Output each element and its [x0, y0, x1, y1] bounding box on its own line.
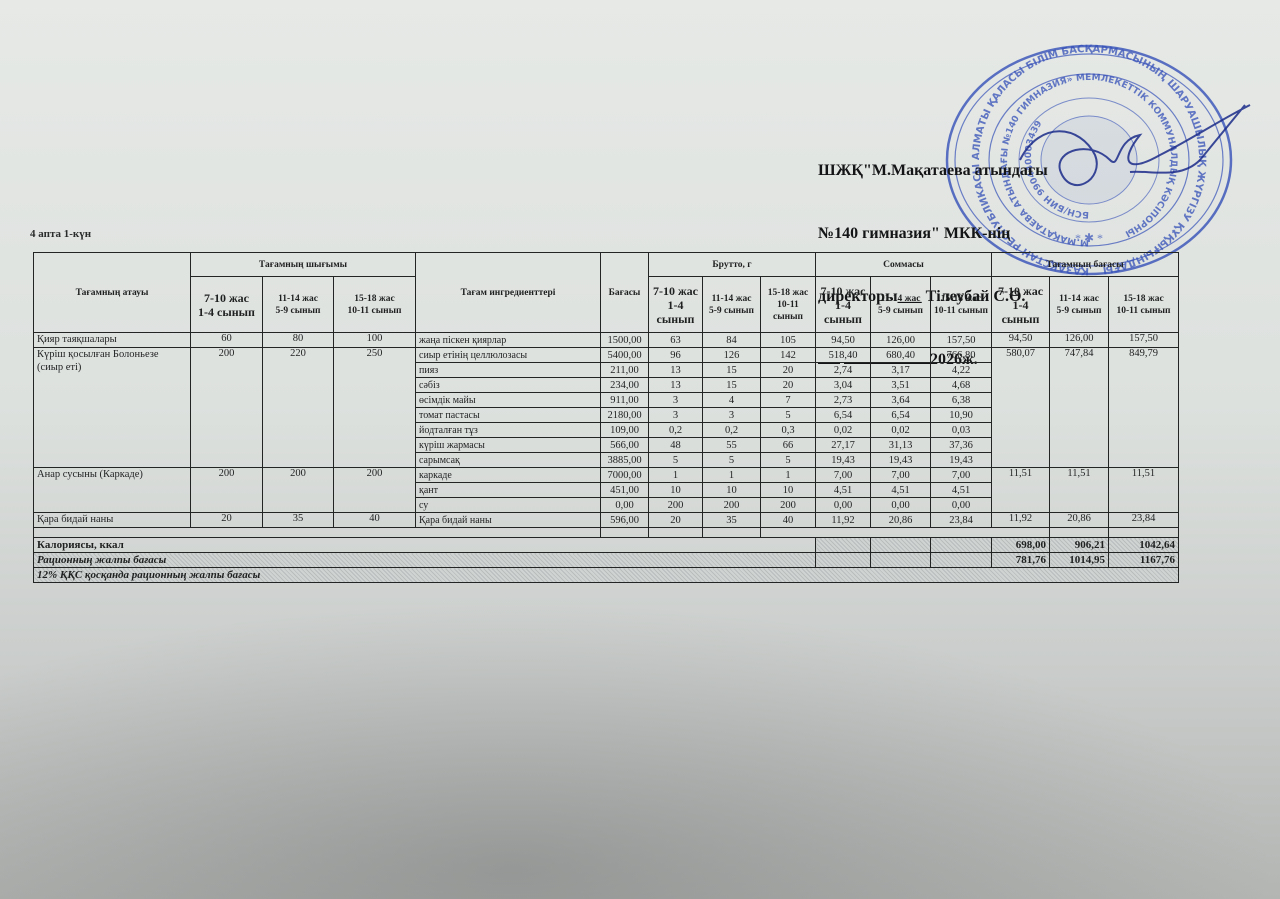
header-sum-age-3: 15-18 жас10-11 сынып [931, 277, 992, 333]
dish-name: Күріш қосылған Болоньезе (сиыр еті) [34, 348, 191, 468]
dish-output-1: 200 [191, 348, 263, 468]
ingredient-sum-3: 23,84 [931, 513, 992, 528]
dish-price-2: 126,00 [1050, 333, 1109, 348]
ingredient-name: күріш жармасы [416, 438, 601, 453]
ingredient-sum-1: 11,92 [816, 513, 871, 528]
ingredient-sum-1: 6,54 [816, 408, 871, 423]
header-dish-name: Тағамның атауы [34, 253, 191, 333]
ingredient-sum-2: 0,00 [871, 498, 931, 513]
ingredient-name: қант [416, 483, 601, 498]
ingredient-price: 451,00 [601, 483, 649, 498]
ingredient-brutto-1: 5 [649, 453, 703, 468]
dish-output-3: 40 [334, 513, 416, 528]
header-output-age-1: 7-10 жас1-4 сынып [191, 277, 263, 333]
vat-price-label: 12% ҚҚС қосқанда рационның жалпы бағасы [34, 568, 1179, 583]
ingredient-brutto-3: 200 [761, 498, 816, 513]
ingredient-name: сиыр етінің целлюлозасы [416, 348, 601, 363]
menu-table: Тағамның атауы Тағамның шығымы Тағам инг… [33, 252, 1179, 583]
ingredient-brutto-3: 5 [761, 408, 816, 423]
ingredient-name: су [416, 498, 601, 513]
header-sum-group: Соммасы [816, 253, 992, 277]
dish-output-1: 60 [191, 333, 263, 348]
dish-output-2: 80 [263, 333, 334, 348]
header-sum-age-1: 7-10 жас1-4сынып [816, 277, 871, 333]
ingredient-price: 2180,00 [601, 408, 649, 423]
header-brutto-age-3: 15-18 жас10-11сынып [761, 277, 816, 333]
ingredient-brutto-2: 84 [703, 333, 761, 348]
ingredient-brutto-3: 0,3 [761, 423, 816, 438]
table-row: Қара бидай наны203540Қара бидай наны596,… [34, 513, 1179, 528]
ingredient-brutto-1: 1 [649, 468, 703, 483]
header-dish-price-group: Тағамның бағасы [992, 253, 1179, 277]
dish-name: Қияр таяқшалары [34, 333, 191, 348]
ingredient-brutto-1: 3 [649, 408, 703, 423]
ingredient-sum-2: 31,13 [871, 438, 931, 453]
ingredient-brutto-1: 13 [649, 363, 703, 378]
ingredient-sum-1: 518,40 [816, 348, 871, 363]
ingredient-price: 1500,00 [601, 333, 649, 348]
ingredient-sum-1: 27,17 [816, 438, 871, 453]
ration-price-row: Рационның жалпы бағасы 781,76 1014,95 11… [34, 553, 1179, 568]
dish-price-3: 849,79 [1109, 348, 1179, 468]
ingredient-sum-3: 19,43 [931, 453, 992, 468]
ingredient-brutto-1: 0,2 [649, 423, 703, 438]
ingredient-sum-3: 4,22 [931, 363, 992, 378]
ingredient-price: 3885,00 [601, 453, 649, 468]
ingredient-brutto-2: 15 [703, 363, 761, 378]
ingredient-sum-3: 766,80 [931, 348, 992, 363]
ingredient-brutto-2: 126 [703, 348, 761, 363]
ingredient-sum-2: 7,00 [871, 468, 931, 483]
ingredient-price: 0,00 [601, 498, 649, 513]
calories-value-1: 698,00 [992, 538, 1050, 553]
ingredient-brutto-3: 7 [761, 393, 816, 408]
ingredient-sum-3: 4,51 [931, 483, 992, 498]
ingredient-brutto-2: 15 [703, 378, 761, 393]
ingredient-brutto-2: 4 [703, 393, 761, 408]
ingredient-brutto-1: 3 [649, 393, 703, 408]
dish-output-3: 100 [334, 333, 416, 348]
ingredient-sum-2: 680,40 [871, 348, 931, 363]
ingredient-sum-1: 2,73 [816, 393, 871, 408]
ingredient-brutto-2: 55 [703, 438, 761, 453]
table-row: Қияр таяқшалары6080100жаңа піскен қиярла… [34, 333, 1179, 348]
ingredient-sum-1: 3,04 [816, 378, 871, 393]
header-dish-price-age-1: 7-10 жас1-4сынып [992, 277, 1050, 333]
ingredient-brutto-2: 5 [703, 453, 761, 468]
ingredient-sum-3: 37,36 [931, 438, 992, 453]
ingredient-sum-3: 0,03 [931, 423, 992, 438]
dish-price-1: 94,50 [992, 333, 1050, 348]
dish-price-3: 157,50 [1109, 333, 1179, 348]
header-price: Бағасы [601, 253, 649, 333]
ingredient-brutto-3: 105 [761, 333, 816, 348]
header-brutto-group: Брутто, г [649, 253, 816, 277]
dish-output-1: 200 [191, 468, 263, 513]
ingredient-brutto-1: 200 [649, 498, 703, 513]
dish-output-3: 200 [334, 468, 416, 513]
ingredient-sum-2: 3,17 [871, 363, 931, 378]
dish-output-3: 250 [334, 348, 416, 468]
ingredient-brutto-1: 48 [649, 438, 703, 453]
ingredient-price: 596,00 [601, 513, 649, 528]
header-output-group: Тағамның шығымы [191, 253, 416, 277]
ingredient-name: каркаде [416, 468, 601, 483]
dish-output-2: 35 [263, 513, 334, 528]
ingredient-sum-1: 0,02 [816, 423, 871, 438]
dish-output-1: 20 [191, 513, 263, 528]
ingredient-sum-3: 7,00 [931, 468, 992, 483]
ingredient-sum-2: 20,86 [871, 513, 931, 528]
header-output-age-2: 11-14 жас5-9 сынып [263, 277, 334, 333]
ingredient-price: 7000,00 [601, 468, 649, 483]
ingredient-sum-2: 4,51 [871, 483, 931, 498]
dish-price-1: 11,92 [992, 513, 1050, 528]
ingredient-sum-2: 6,54 [871, 408, 931, 423]
ingredient-sum-2: 3,64 [871, 393, 931, 408]
ingredient-brutto-2: 35 [703, 513, 761, 528]
dish-price-2: 747,84 [1050, 348, 1109, 468]
ingredient-price: 5400,00 [601, 348, 649, 363]
header-sum-age-2: 11-14 жас5-9 сынып [871, 277, 931, 333]
ingredient-sum-3: 0,00 [931, 498, 992, 513]
ingredient-brutto-2: 10 [703, 483, 761, 498]
svg-text:* ✱ *: * ✱ * [1075, 231, 1103, 245]
header-brutto-age-1: 7-10 жас1-4сынып [649, 277, 703, 333]
calories-value-2: 906,21 [1050, 538, 1109, 553]
dish-price-3: 11,51 [1109, 468, 1179, 513]
table-row: Күріш қосылған Болоньезе (сиыр еті)20022… [34, 348, 1179, 363]
ingredient-price: 234,00 [601, 378, 649, 393]
ingredient-brutto-3: 5 [761, 453, 816, 468]
dish-output-2: 220 [263, 348, 334, 468]
header-dish-price-age-2: 11-14 жас5-9 сынып [1050, 277, 1109, 333]
dish-output-2: 200 [263, 468, 334, 513]
ingredient-brutto-3: 142 [761, 348, 816, 363]
header-ingredients: Тағам ингредиенттері [416, 253, 601, 333]
ration-price-value-2: 1014,95 [1050, 553, 1109, 568]
ingredient-brutto-3: 10 [761, 483, 816, 498]
ingredient-brutto-2: 0,2 [703, 423, 761, 438]
ingredient-brutto-3: 40 [761, 513, 816, 528]
header-output-age-3: 15-18 жас10-11 сынып [334, 277, 416, 333]
ingredient-sum-3: 157,50 [931, 333, 992, 348]
ingredient-sum-3: 10,90 [931, 408, 992, 423]
approval-line-1: ШЖҚ"М.Мақатаева атындағы [818, 160, 1048, 181]
approval-line-2: №140 гимназия" МКК-нің [818, 223, 1048, 244]
ingredient-brutto-1: 13 [649, 378, 703, 393]
ingredient-name: өсімдік майы [416, 393, 601, 408]
photo-shadow [0, 600, 1280, 899]
ingredient-price: 109,00 [601, 423, 649, 438]
dish-price-1: 580,07 [992, 348, 1050, 468]
ingredient-name: сәбіз [416, 378, 601, 393]
ingredient-name: пияз [416, 363, 601, 378]
week-day-label: 4 апта 1-күн [30, 228, 91, 240]
calories-label: Калориясы, ккал [34, 538, 816, 553]
ingredient-sum-1: 2,74 [816, 363, 871, 378]
ingredient-sum-2: 19,43 [871, 453, 931, 468]
ingredient-price: 911,00 [601, 393, 649, 408]
ingredient-brutto-1: 96 [649, 348, 703, 363]
ingredient-brutto-1: 63 [649, 333, 703, 348]
table-row: Анар сусыны (Каркаде)200200200каркаде700… [34, 468, 1179, 483]
ingredient-brutto-3: 20 [761, 363, 816, 378]
dish-name: Анар сусыны (Каркаде) [34, 468, 191, 513]
ingredient-name: Қара бидай наны [416, 513, 601, 528]
calories-row: Калориясы, ккал 698,00 906,21 1042,64 [34, 538, 1179, 553]
ingredient-brutto-3: 1 [761, 468, 816, 483]
ingredient-sum-1: 4,51 [816, 483, 871, 498]
ration-price-value-3: 1167,76 [1109, 553, 1179, 568]
ingredient-sum-1: 94,50 [816, 333, 871, 348]
ration-price-label: Рационның жалпы бағасы [34, 553, 816, 568]
ingredient-name: сарымсақ [416, 453, 601, 468]
spacer-row [34, 528, 1179, 538]
ingredient-sum-1: 19,43 [816, 453, 871, 468]
ingredient-price: 211,00 [601, 363, 649, 378]
ingredient-brutto-3: 66 [761, 438, 816, 453]
ingredient-name: томат пастасы [416, 408, 601, 423]
calories-value-3: 1042,64 [1109, 538, 1179, 553]
ingredient-brutto-1: 20 [649, 513, 703, 528]
ingredient-name: жаңа піскен қиярлар [416, 333, 601, 348]
ingredient-brutto-2: 1 [703, 468, 761, 483]
ingredient-sum-2: 3,51 [871, 378, 931, 393]
ingredient-sum-1: 0,00 [816, 498, 871, 513]
ingredient-brutto-3: 20 [761, 378, 816, 393]
vat-price-row: 12% ҚҚС қосқанда рационның жалпы бағасы [34, 568, 1179, 583]
dish-price-2: 11,51 [1050, 468, 1109, 513]
dish-price-3: 23,84 [1109, 513, 1179, 528]
ingredient-brutto-1: 10 [649, 483, 703, 498]
ingredient-name: йодталған тұз [416, 423, 601, 438]
ingredient-brutto-2: 3 [703, 408, 761, 423]
ingredient-sum-2: 126,00 [871, 333, 931, 348]
header-dish-price-age-3: 15-18 жас10-11 сынып [1109, 277, 1179, 333]
ingredient-brutto-2: 200 [703, 498, 761, 513]
dish-name: Қара бидай наны [34, 513, 191, 528]
ration-price-value-1: 781,76 [992, 553, 1050, 568]
ingredient-sum-3: 6,38 [931, 393, 992, 408]
ingredient-price: 566,00 [601, 438, 649, 453]
dish-price-1: 11,51 [992, 468, 1050, 513]
ingredient-sum-2: 0,02 [871, 423, 931, 438]
header-brutto-age-2: 11-14 жас5-9 сынып [703, 277, 761, 333]
dish-price-2: 20,86 [1050, 513, 1109, 528]
ingredient-sum-3: 4,68 [931, 378, 992, 393]
ingredient-sum-1: 7,00 [816, 468, 871, 483]
